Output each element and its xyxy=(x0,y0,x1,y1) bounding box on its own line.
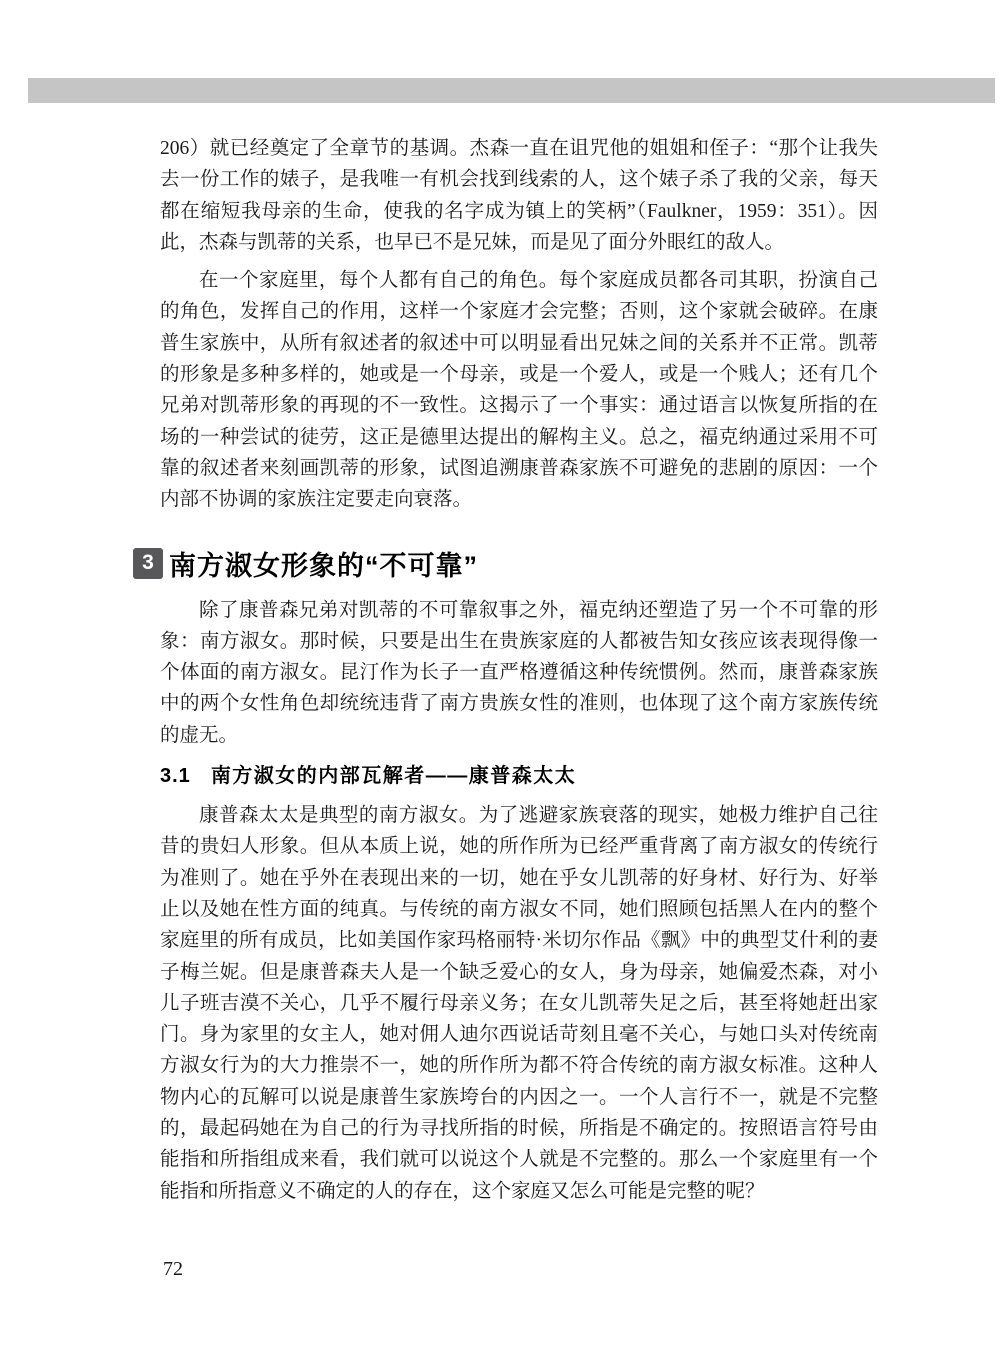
paragraph-family-roles: 在一个家庭里，每个人都有自己的角色。每个家庭成员都各司其职，扮演自己的角色，发挥… xyxy=(160,265,878,515)
page-number: 72 xyxy=(163,1258,183,1281)
document-page: 206）就已经奠定了全章节的基调。杰森一直在诅咒他的姐姐和侄子：“那个让我失去一… xyxy=(0,0,1003,1370)
subsection-title: 南方淑女的内部瓦解者——康普森太太 xyxy=(211,759,577,788)
header-divider-bar xyxy=(28,78,995,103)
section-number-badge: 3 xyxy=(133,548,163,579)
paragraph-mrs-compson: 康普森太太是典型的南方淑女。为了逃避家族衰落的现实，她极力维护自己往昔的贵妇人形… xyxy=(160,800,878,1207)
section-title: 南方淑女形象的“不可靠” xyxy=(169,544,478,583)
paragraph-continuation: 206）就已经奠定了全章节的基调。杰森一直在诅咒他的姐姐和侄子：“那个让我失去一… xyxy=(160,133,878,258)
section-3-heading: 3 南方淑女形象的“不可靠” xyxy=(133,544,878,583)
subsection-number: 3.1 xyxy=(160,765,191,788)
page-content: 206）就已经奠定了全章节的基调。杰森一直在诅咒他的姐姐和侄子：“那个让我失去一… xyxy=(160,133,878,1207)
subsection-3-1-heading: 3.1 南方淑女的内部瓦解者——康普森太太 xyxy=(160,759,878,788)
paragraph-section-intro: 除了康普森兄弟对凯蒂的不可靠叙事之外，福克纳还塑造了另一个不可靠的形象：南方淑女… xyxy=(160,595,878,751)
